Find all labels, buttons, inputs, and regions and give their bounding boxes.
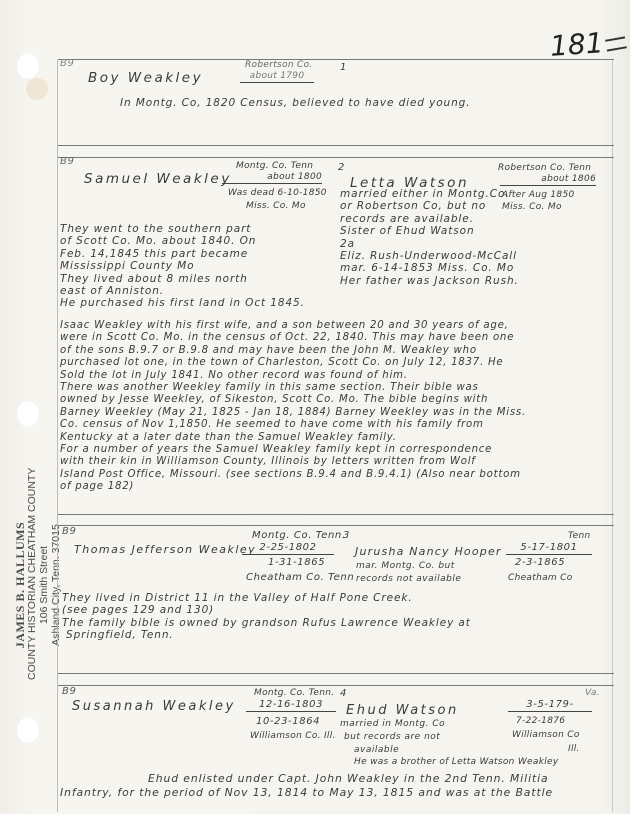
note-line: For a number of years the Samuel Weakley…: [60, 444, 526, 456]
section-rule: [58, 59, 614, 60]
document-page: JAMES B. HALLUMS COUNTY HISTORIAN CHEATH…: [0, 0, 630, 814]
stamp-name: JAMES B. HALLUMS: [14, 490, 26, 680]
military-note: Ehud enlisted under Capt. John Weakley i…: [60, 772, 553, 800]
entry-number: 2: [338, 162, 345, 173]
page-mark: [605, 36, 627, 51]
spouse-birth-place: Va.: [585, 688, 600, 698]
punch-hole: [16, 400, 40, 428]
second-spouse-line: Eliz. Rush-Underwood-McCall: [340, 250, 519, 262]
marriage-line: records are available.: [340, 213, 519, 225]
person-name: Susannah Weakley: [72, 699, 236, 714]
note-line: There was another Weekley family in this…: [60, 382, 526, 394]
stamp-street: 106 Smith Street: [38, 490, 50, 680]
entry-note: In Montg. Co, 1820 Census, believed to h…: [120, 97, 470, 109]
birth-date: 2-25-1802: [242, 542, 334, 555]
note-line: Island Post Office, Missouri. (see secti…: [60, 469, 526, 481]
punch-hole: [16, 716, 40, 744]
stamp-city: Ashland City, Tenn. 37015: [50, 490, 62, 680]
spouse-name: Ehud Watson: [346, 703, 459, 718]
marriage-line: or Robertson Co, but no: [340, 200, 519, 212]
note-line: Sold the lot in July 1841. No other reco…: [60, 370, 526, 382]
note-line: were in Scott Co. Mo. in the census of O…: [60, 332, 526, 344]
death-place: Cheatham Co. Tenn: [246, 572, 354, 583]
birth-place: Montg. Co. Tenn.: [254, 688, 334, 698]
punch-hole: [16, 52, 40, 80]
section-rule: [58, 157, 614, 158]
section-rule: [58, 673, 614, 674]
marriage-note: mar. Montg. Co. but records not availabl…: [356, 560, 461, 586]
entry-number: 1: [340, 62, 347, 73]
note-line: Ehud enlisted under Capt. John Weakley i…: [60, 772, 553, 786]
migration-note: They went to the southern part of Scott …: [60, 223, 305, 310]
note-line: They lived about 8 miles north: [60, 273, 305, 285]
note-line: Barney Weekley (May 21, 1825 - Jan 18, 1…: [60, 407, 526, 419]
relation-note: He was a brother of Letta Watson Weakley: [354, 757, 558, 767]
entry-number: 4: [340, 688, 347, 699]
note-line: of page 182): [60, 481, 526, 493]
note-line: of the sons B.9.7 or B.9.8 and may have …: [60, 345, 526, 357]
marriage-line: records not available: [356, 573, 461, 586]
death-date: 1-31-1865: [268, 557, 325, 568]
spouse-birth-date: 3-5-179-: [508, 699, 592, 712]
death-line: Was dead 6-10-1850: [228, 188, 327, 198]
birth-date: about 1790: [240, 71, 314, 83]
note-line: of Scott Co. Mo. about 1840. On: [60, 235, 305, 247]
section-code: B9: [62, 686, 76, 697]
birth-place: Montg. Co. Tenn.: [252, 530, 346, 541]
note-line: Springfield, Tenn.: [62, 629, 471, 641]
person-name: Thomas Jefferson Weakley: [74, 543, 256, 556]
marriage-note: married either in Montg.Co. or Robertson…: [340, 188, 519, 287]
marriage-line: but records are not: [340, 731, 445, 744]
birth-date: about 1800: [222, 172, 322, 184]
note-line: with their kin in Williamson County, Ill…: [60, 456, 526, 468]
section-rule: [58, 525, 614, 526]
entry-number: 3: [343, 530, 350, 541]
death-place: Williamson Co. Ill.: [250, 731, 336, 741]
spouse-death-date: 2-3-1865: [515, 557, 565, 568]
spouse-death-place: Cheatham Co: [508, 573, 573, 583]
marriage-line: married in Montg. Co: [340, 718, 445, 731]
stamp-title: COUNTY HISTORIAN CHEATHAM COUNTY: [26, 490, 38, 680]
family-note: Isaac Weakley with his first wife, and a…: [60, 320, 526, 494]
birth-place: Montg. Co. Tenn: [236, 161, 313, 171]
spouse-death-date: 7-22-1876: [516, 716, 565, 726]
section-rule: [58, 145, 614, 146]
section-code: B9: [60, 58, 74, 69]
note-line: Mississippi County Mo: [60, 260, 305, 272]
note-line: Infantry, for the period of Nov 13, 1814…: [60, 786, 553, 800]
birth-date: 12-16-1803: [246, 699, 336, 712]
marriage-line: Sister of Ehud Watson: [340, 225, 519, 237]
section-rule: [58, 514, 614, 515]
section-code: B9: [60, 156, 74, 167]
second-spouse-line: mar. 6-14-1853 Miss. Co. Mo: [340, 262, 519, 274]
historian-stamp: JAMES B. HALLUMS COUNTY HISTORIAN CHEATH…: [8, 490, 68, 680]
frame-left: [57, 60, 58, 812]
note-line: owned by Jesse Weekley, of Sikeston, Sco…: [60, 394, 526, 406]
person-name: Samuel Weakley: [84, 171, 232, 187]
note-line: Isaac Weakley with his first wife, and a…: [60, 320, 526, 332]
note-line: purchased lot one, in the town of Charle…: [60, 357, 526, 369]
note-line: They went to the southern part: [60, 223, 305, 235]
note-line: The family bible is owned by grandson Ru…: [62, 617, 471, 629]
family-note: They lived in District 11 in the Valley …: [62, 592, 471, 642]
person-name: Boy Weakley: [88, 70, 203, 86]
section-code: B9: [62, 526, 76, 537]
note-line: Kentucky at a later date than the Samuel…: [60, 432, 526, 444]
death-place: Miss. Co. Mo: [246, 201, 306, 211]
death-date: 10-23-1864: [256, 716, 320, 727]
note-line: Feb. 14,1845 this part became: [60, 248, 305, 260]
section-rule: [58, 685, 614, 686]
spouse-birth-date: about 1806: [500, 174, 596, 186]
note-line: Co. census of Nov 1,1850. He seemed to h…: [60, 419, 526, 431]
marriage-note: married in Montg. Co but records are not…: [340, 718, 445, 757]
spouse-birth-place: Tenn: [568, 531, 591, 541]
frame-right: [612, 60, 613, 812]
spouse-death-place-state: Ill.: [568, 744, 580, 754]
marriage-line: married either in Montg.Co.: [340, 188, 519, 200]
spouse-birth-place: Robertson Co. Tenn: [498, 163, 591, 173]
note-line: (see pages 129 and 130): [62, 604, 471, 616]
page-number: 181: [549, 26, 605, 63]
marriage-line: available: [340, 744, 445, 757]
second-spouse-number: 2a: [340, 238, 519, 250]
note-line: east of Anniston.: [60, 285, 305, 297]
paper-stain: [26, 78, 48, 100]
second-spouse-line: Her father was Jackson Rush.: [340, 275, 519, 287]
note-line: He purchased his first land in Oct 1845.: [60, 297, 305, 309]
birth-place: Robertson Co.: [245, 60, 313, 70]
note-line: They lived in District 11 in the Valley …: [62, 592, 471, 604]
marriage-line: mar. Montg. Co. but: [356, 560, 461, 573]
spouse-death-place: Williamson Co: [512, 730, 580, 740]
spouse-birth-date: 5-17-1801: [506, 542, 592, 555]
spouse-name: Jurusha Nancy Hooper: [355, 545, 502, 558]
